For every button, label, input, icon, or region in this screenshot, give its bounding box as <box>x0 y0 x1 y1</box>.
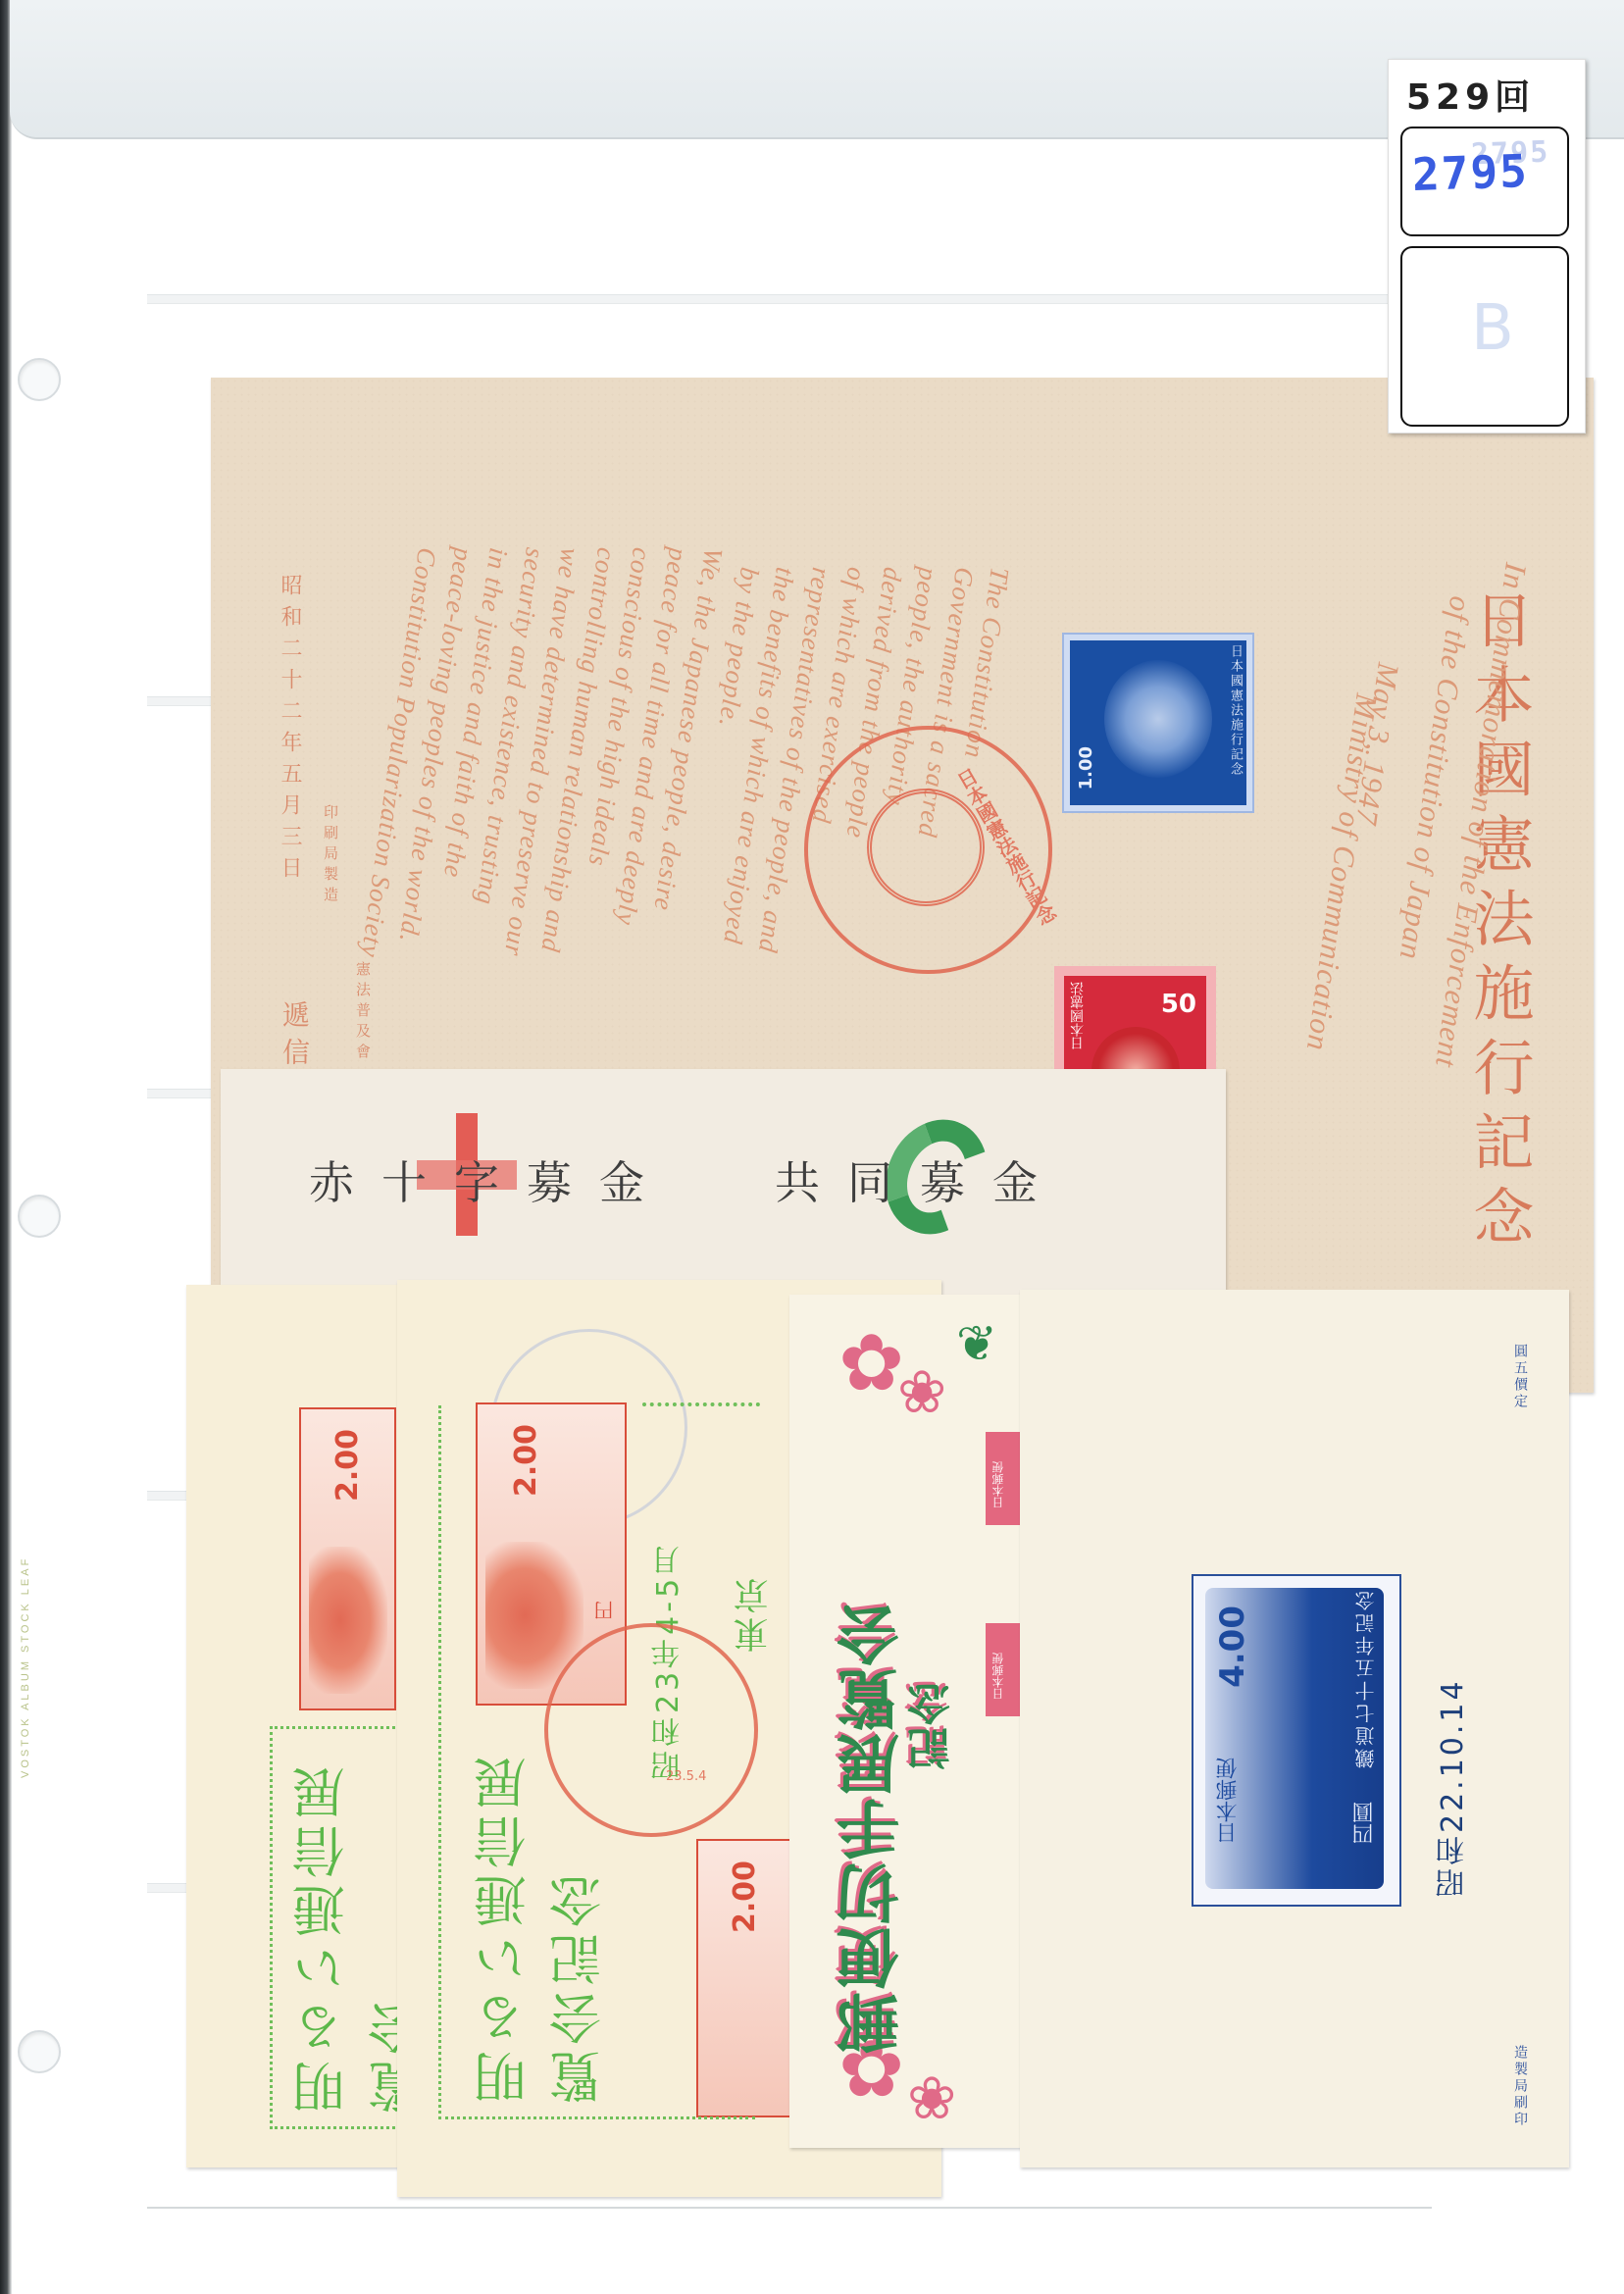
pocket-bottom-edge <box>147 2207 1432 2209</box>
postmark-date: 23.5.4 <box>666 1769 706 1784</box>
leaf-icon: ❦ <box>956 1319 997 1368</box>
pocket-strip <box>147 294 1432 304</box>
commemorative-postmark: 日本國憲法施行記念 <box>804 726 1052 974</box>
expo-city-jp: 東京 <box>729 1515 779 1653</box>
stamp-1yen-flowers[interactable]: 1.00 日本國憲法施行記念 <box>1064 635 1252 811</box>
red-cross-community-chest-sheet[interactable]: 赤十字募金 共同募金 <box>221 1069 1226 1309</box>
stamp-label: 日本郵便 <box>990 1653 1006 1700</box>
stamp-caption: 鐵道七十五年記念 <box>1351 1588 1380 1768</box>
date-jp: 昭和二十二年五月三日 <box>275 574 305 946</box>
decorative-border-top <box>642 1402 760 1418</box>
binder-hole <box>18 1195 61 1238</box>
issue-date: 昭和22.10.14 <box>1432 1643 1475 1898</box>
stamp-value: 4.00 <box>1213 1606 1252 1688</box>
stamp-edge[interactable]: 日本郵便 <box>986 1623 1025 1716</box>
stamp-value: 2.00 <box>330 1429 365 1502</box>
stamp-caption: 日本國憲法施行記念 <box>1226 644 1244 777</box>
stamp-edge[interactable]: 日本郵便 <box>986 1432 1025 1525</box>
cherry-blossom-icon: ❀ <box>907 2069 956 2128</box>
stamp-exhibition-sheet[interactable]: ✿ ❀ ❦ ✿ ❀ 郵便切手展覧会 記念 日本郵便 日本郵便 <box>789 1295 1049 2148</box>
expo-postmark: 23.5.4 <box>544 1623 758 1837</box>
lot-label: 529回 2795 2795 B <box>1388 59 1586 433</box>
lot-number-box: 2795 2795 <box>1400 127 1569 236</box>
album-top-glare <box>10 0 1624 139</box>
stamp-value: 1.00 <box>1076 746 1096 790</box>
commemoration-ministry: Ministry of Communication <box>1281 691 1384 1182</box>
cherry-blossom-icon: ❀ <box>897 1363 946 1422</box>
stamp-4yen-locomotive[interactable]: 4.00 日本郵便 鐵道七十五年記念 四圓 <box>1192 1574 1401 1907</box>
album-binder-edge <box>0 0 12 2294</box>
cherry-blossom-icon: ✿ <box>838 1324 904 1402</box>
grade: B <box>1471 292 1514 365</box>
pine-tree-icon <box>309 1547 387 1694</box>
binder-hole <box>18 358 61 401</box>
stamp-value: 50 <box>1161 990 1196 1019</box>
railway-75th-anniversary-sheet[interactable]: 圓五價定 造製局刷印 4.00 日本郵便 鐵道七十五年記念 四圓 昭和22.10… <box>1020 1290 1569 2167</box>
stamp-caption: 日本國憲法 <box>1068 982 1088 1050</box>
sheet-price-note: 圓五價定 <box>1510 1344 1530 1432</box>
lot-number: 2795 <box>1411 144 1530 201</box>
printer-note: 造製局刷印 <box>1510 2045 1530 2133</box>
community-chest-text: 共同募金 <box>775 1147 1065 1212</box>
grade-box: B <box>1400 246 1569 427</box>
society-jp: 憲法普及會 <box>353 961 374 1079</box>
stamp-exhibition-subtitle: 記念 <box>902 1535 965 1770</box>
red-cross-fund-text: 赤十字募金 <box>309 1147 672 1212</box>
printer-jp: 印刷局製造 <box>321 804 341 961</box>
stamp-label: 日本郵便 <box>990 1461 1006 1508</box>
sale-number: 529回 <box>1406 70 1535 120</box>
binder-hole <box>18 2030 61 2073</box>
stamp-2yen-pine[interactable]: 2.00 <box>299 1407 396 1710</box>
album-brand: VOSTOK ALBUM STOCK LEAF <box>20 1535 49 1800</box>
stamp-kanji-value: 四圓 <box>1349 1802 1380 1845</box>
stamp-label: 日本郵便 <box>1213 1758 1243 1844</box>
flower-bouquet-icon <box>1104 660 1212 778</box>
